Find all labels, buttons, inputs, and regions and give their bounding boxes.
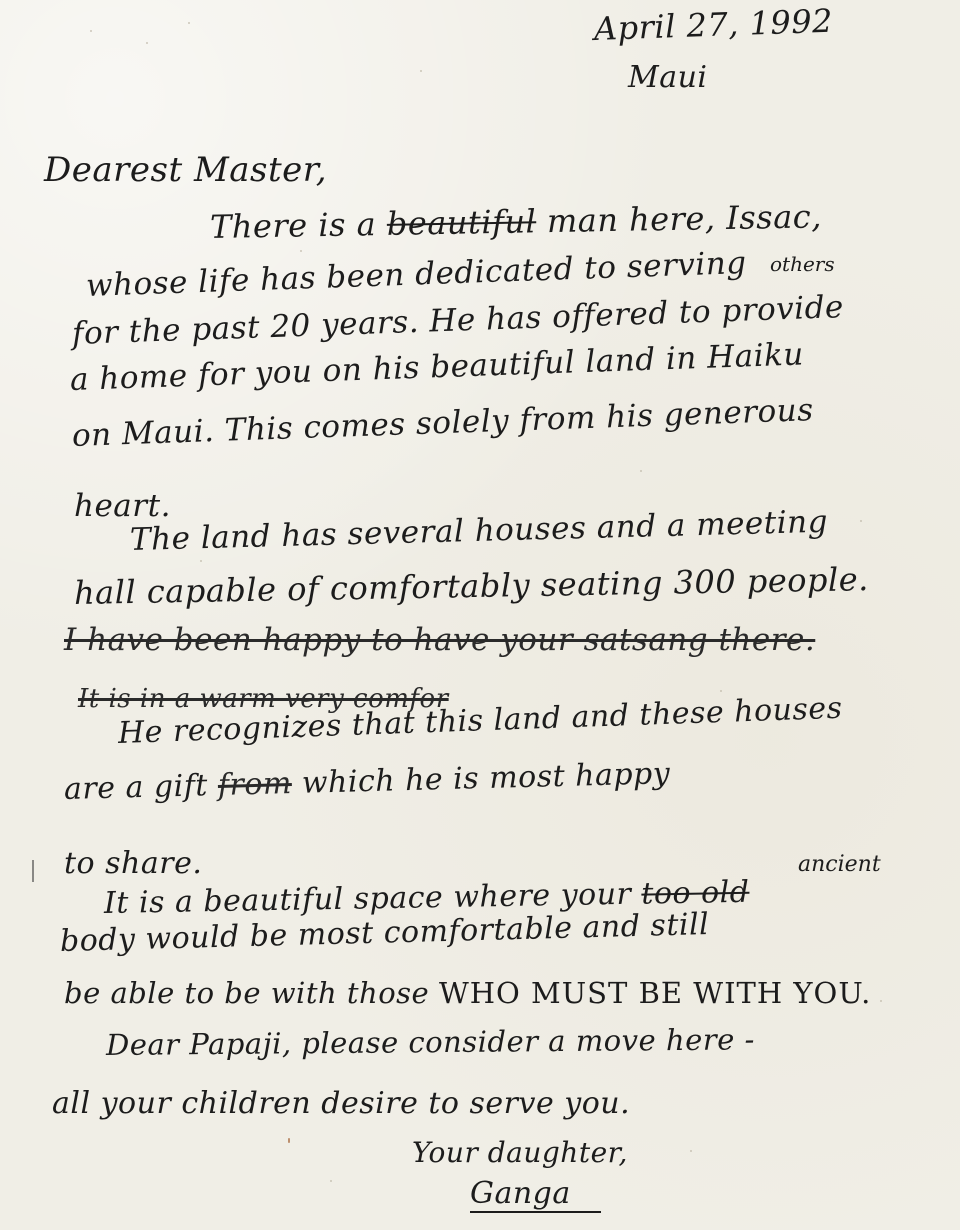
paper-fleck bbox=[146, 42, 148, 44]
text: which he is most happy bbox=[301, 756, 670, 801]
paper-fleck bbox=[188, 22, 190, 24]
margin-mark bbox=[32, 860, 34, 882]
letter-place: Maui bbox=[628, 60, 708, 95]
struck-text: beautiful bbox=[387, 202, 537, 243]
paper-fleck bbox=[690, 1150, 692, 1152]
salutation: Dearest Master, bbox=[44, 150, 327, 190]
paper-fleck bbox=[200, 560, 202, 562]
valediction: Your daughter, bbox=[412, 1136, 628, 1169]
paper-fleck bbox=[420, 70, 422, 72]
text: be able to be with those bbox=[64, 976, 429, 1010]
struck-text: too old bbox=[641, 875, 750, 912]
letter-page: April 27, 1992 Maui Dearest Master, Ther… bbox=[0, 0, 960, 1230]
struck-line: I have been happy to have your satsang t… bbox=[64, 622, 815, 658]
body-line: There is a beautiful man here, Issac, bbox=[210, 197, 822, 246]
inserted-word: ancient bbox=[798, 852, 881, 877]
text: are a gift bbox=[64, 768, 209, 807]
paper-fleck bbox=[720, 690, 722, 692]
body-line: heart. bbox=[74, 488, 171, 524]
paper-fleck bbox=[300, 250, 302, 252]
body-line: are a gift from which he is most happy bbox=[64, 756, 671, 807]
text: WHO MUST BE WITH YOU. bbox=[439, 976, 871, 1010]
body-line: Dear Papaji, please consider a move here… bbox=[106, 1022, 755, 1062]
paper-fleck bbox=[90, 30, 92, 32]
body-line: all your children desire to serve you. bbox=[52, 1086, 630, 1121]
inserted-word: others bbox=[770, 252, 835, 276]
text: man here, Issac, bbox=[547, 197, 823, 240]
paper-fleck bbox=[860, 520, 862, 522]
text: There is a bbox=[210, 205, 377, 246]
paper-fleck bbox=[640, 470, 642, 472]
paper-fleck bbox=[288, 1138, 290, 1143]
signature: Ganga bbox=[470, 1176, 601, 1213]
paper-fleck bbox=[880, 1000, 882, 1002]
paper-fleck bbox=[330, 1180, 332, 1182]
body-line: be able to be with those WHO MUST BE WIT… bbox=[64, 976, 871, 1010]
body-line: hall capable of comfortably seating 300 … bbox=[74, 560, 869, 612]
body-line: The land has several houses and a meetin… bbox=[130, 504, 829, 558]
letter-date: April 27, 1992 bbox=[593, 2, 833, 48]
struck-text: from bbox=[217, 766, 292, 803]
body-line: to share. bbox=[64, 846, 202, 881]
body-line: on Maui. This comes solely from his gene… bbox=[71, 392, 814, 454]
